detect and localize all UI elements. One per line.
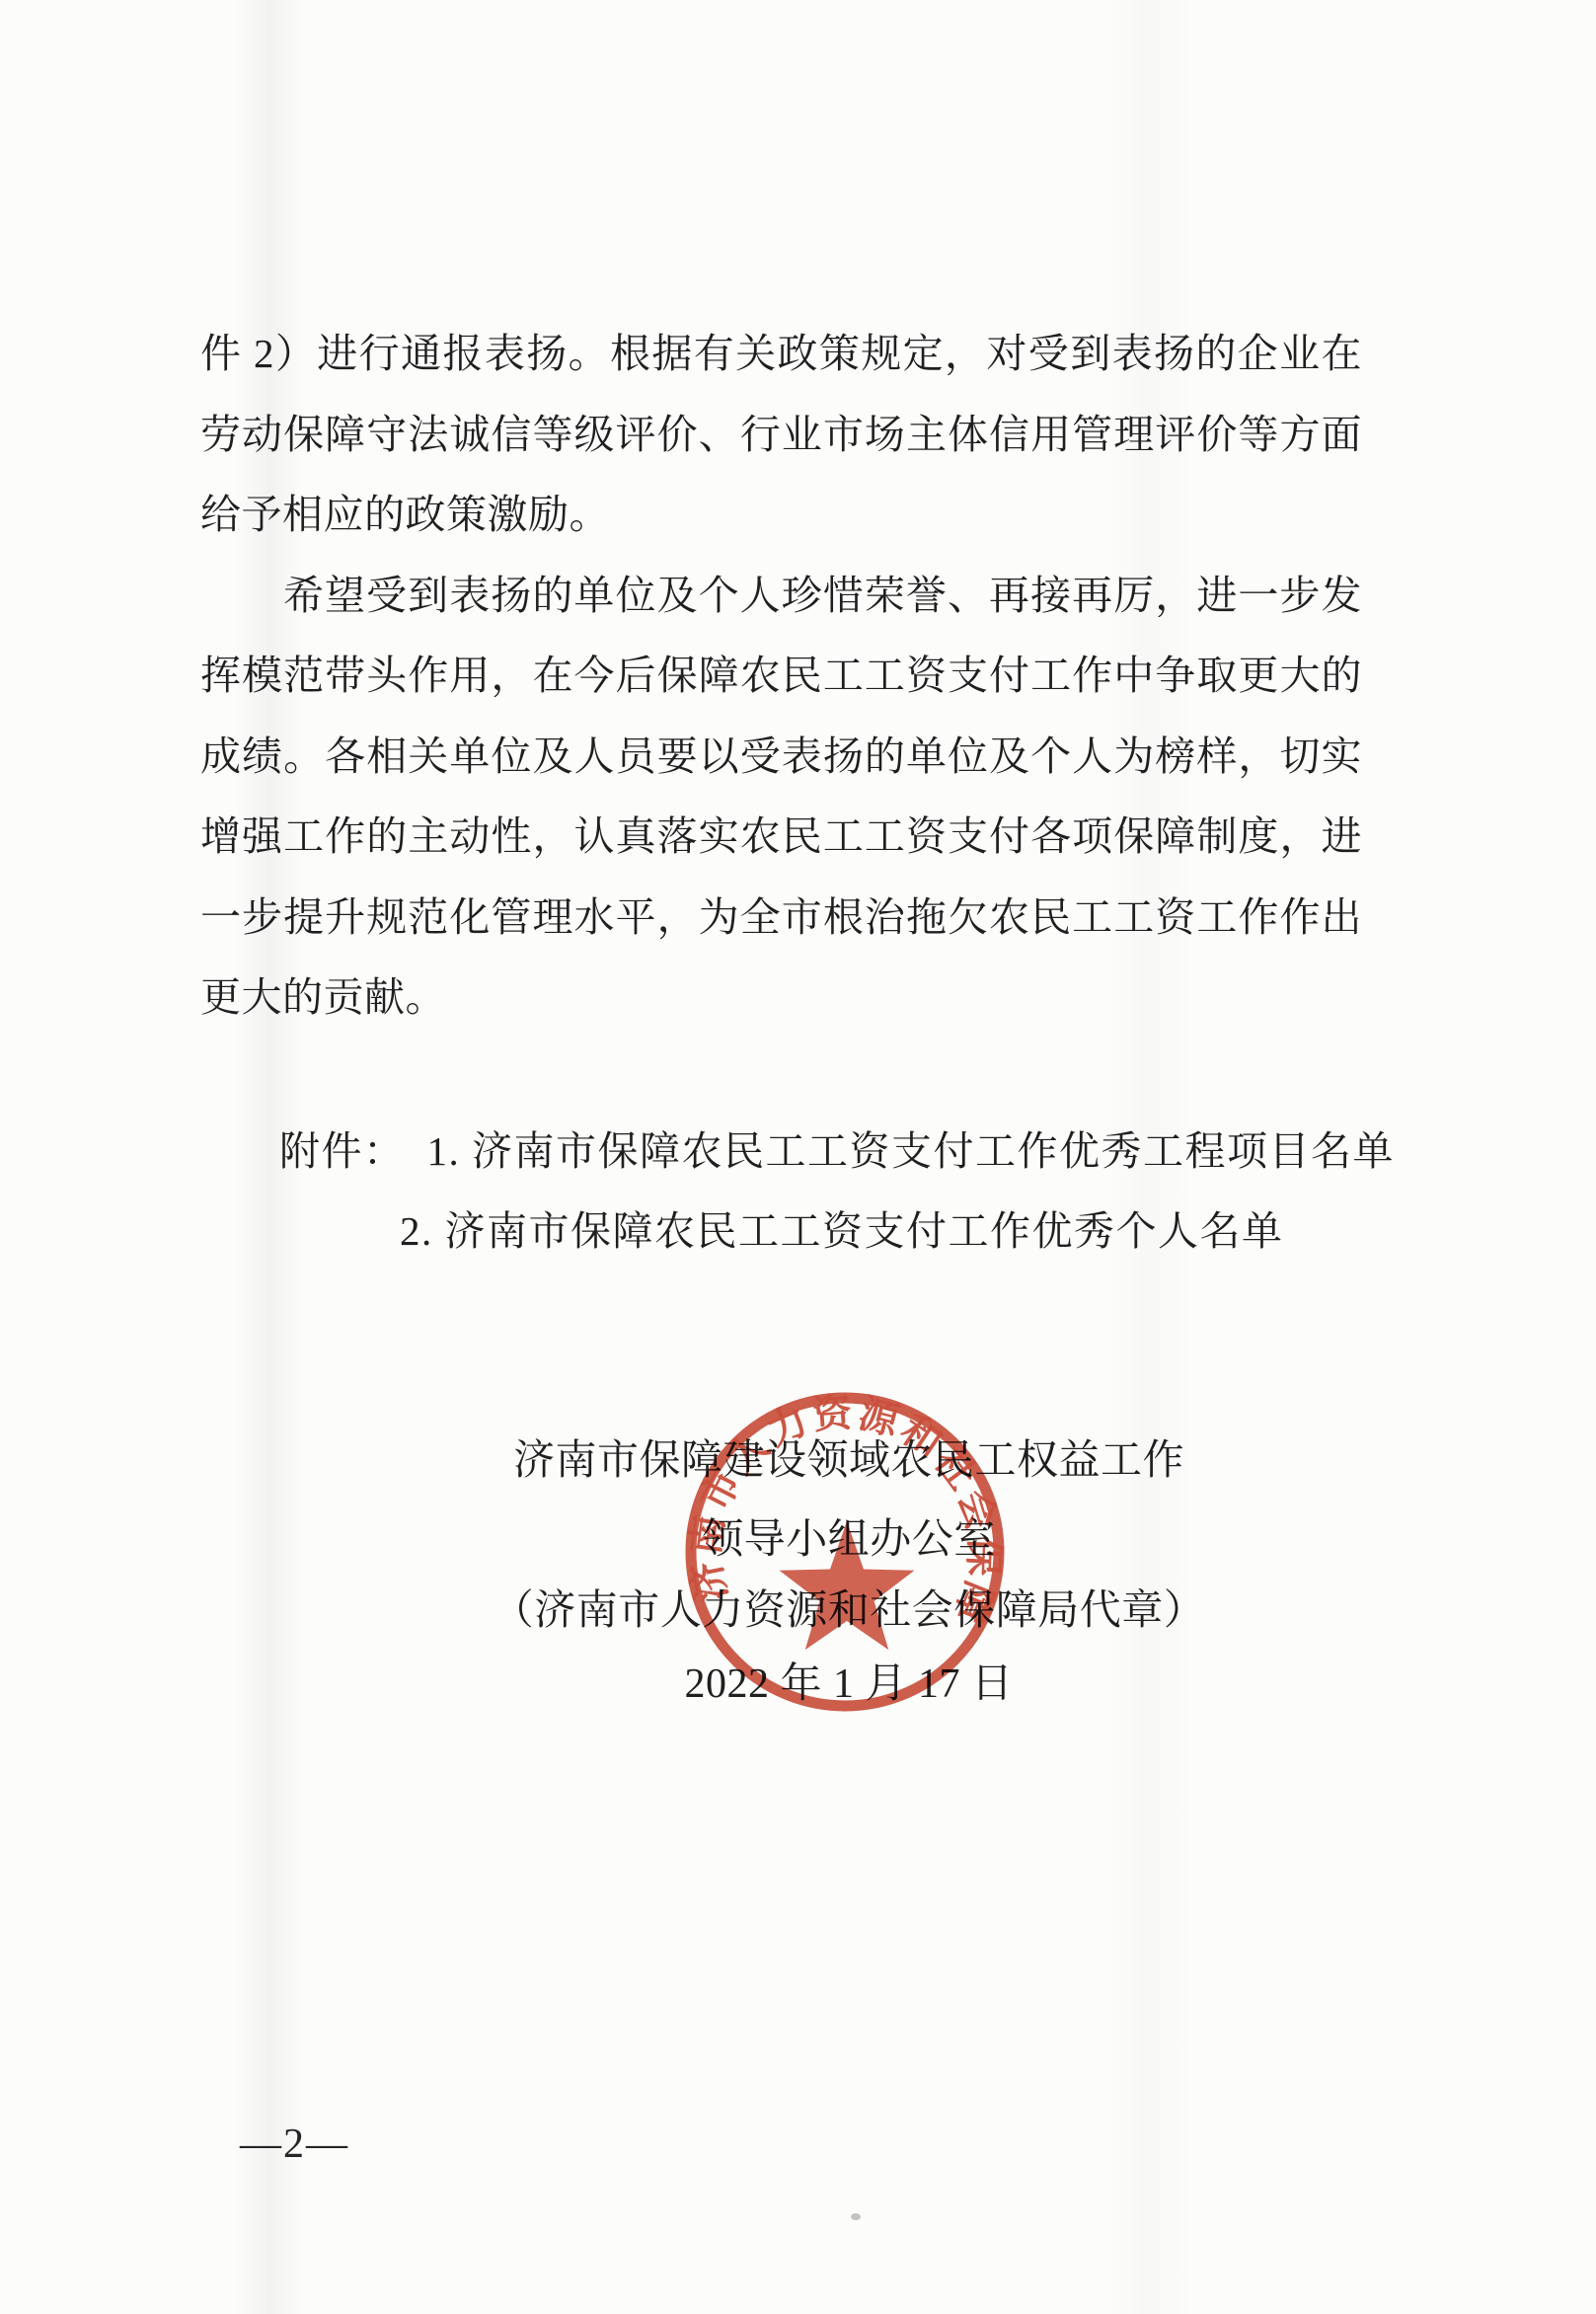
- attachment-item-2: 2. 济南市保障农民工工资支付工作优秀个人名单: [400, 1208, 1284, 1254]
- body-text: 件 2）进行通报表扬。根据有关政策规定，对受到表扬的企业在 劳动保障守法诚信等级…: [200, 314, 1362, 1039]
- body-line: 更大的贡献。: [200, 958, 1362, 1039]
- body-line: 成绩。各相关单位及人员要以受表扬的单位及个人为榜样，切实: [200, 717, 1362, 798]
- body-line: 一步提升规范化管理水平，为全市根治拖欠农民工工资工作作出: [200, 878, 1362, 959]
- body-line: 给予相应的政策激励。: [200, 475, 1362, 556]
- body-line: 劳动保障守法诚信等级评价、行业市场主体信用管理评价等方面: [200, 395, 1362, 476]
- official-seal: 济南市人力资源和社会保障局: [677, 1384, 1013, 1720]
- attachments-block: 附件：1. 济南市保障农民工工资支付工作优秀工程项目名单 2. 济南市保障农民工…: [279, 1112, 1424, 1272]
- page-number: —2—: [240, 2121, 349, 2168]
- scan-artifact: [851, 2213, 861, 2220]
- body-line: 增强工作的主动性，认真落实农民工工资支付各项保障制度，进: [200, 797, 1362, 878]
- attachment-line: 2. 济南市保障农民工工资支付工作优秀个人名单: [279, 1192, 1424, 1272]
- document-page: 件 2）进行通报表扬。根据有关政策规定，对受到表扬的企业在 劳动保障守法诚信等级…: [0, 0, 1596, 2314]
- body-line: 希望受到表扬的单位及个人珍惜荣誉、再接再厉，进一步发: [200, 556, 1362, 637]
- attachment-item-1: 1. 济南市保障农民工工资支付工作优秀工程项目名单: [427, 1128, 1396, 1174]
- attachment-line: 附件：1. 济南市保障农民工工资支付工作优秀工程项目名单: [279, 1112, 1424, 1192]
- body-line: 件 2）进行通报表扬。根据有关政策规定，对受到表扬的企业在: [200, 314, 1362, 395]
- attachments-label: 附件：: [279, 1128, 406, 1174]
- body-line: 挥模范带头作用，在今后保障农民工工资支付工作中争取更大的: [200, 636, 1362, 717]
- seal-star-icon: [780, 1521, 915, 1650]
